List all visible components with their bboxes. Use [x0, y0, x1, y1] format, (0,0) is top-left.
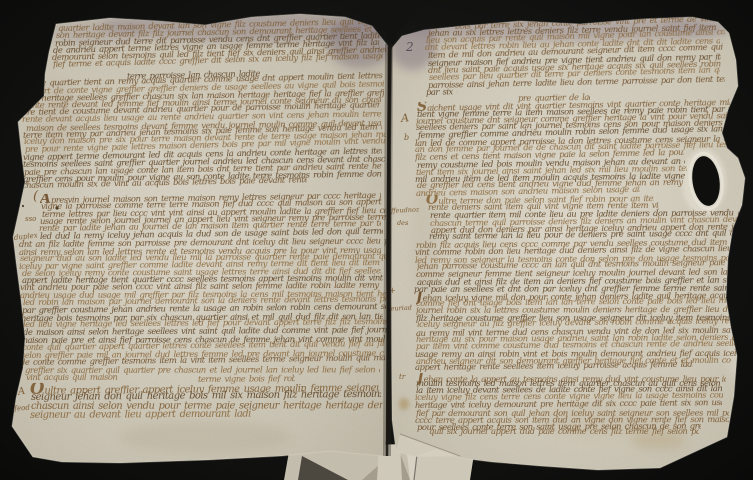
right-parchment-page — [385, 0, 753, 480]
left-parchment-page — [0, 0, 400, 480]
right-page-stains — [385, 0, 753, 480]
left-page-stains — [0, 0, 400, 480]
parchment-base-art — [0, 0, 753, 480]
manuscript-photo-canvas: quartier ladite maison devant lan son vi… — [0, 0, 753, 480]
